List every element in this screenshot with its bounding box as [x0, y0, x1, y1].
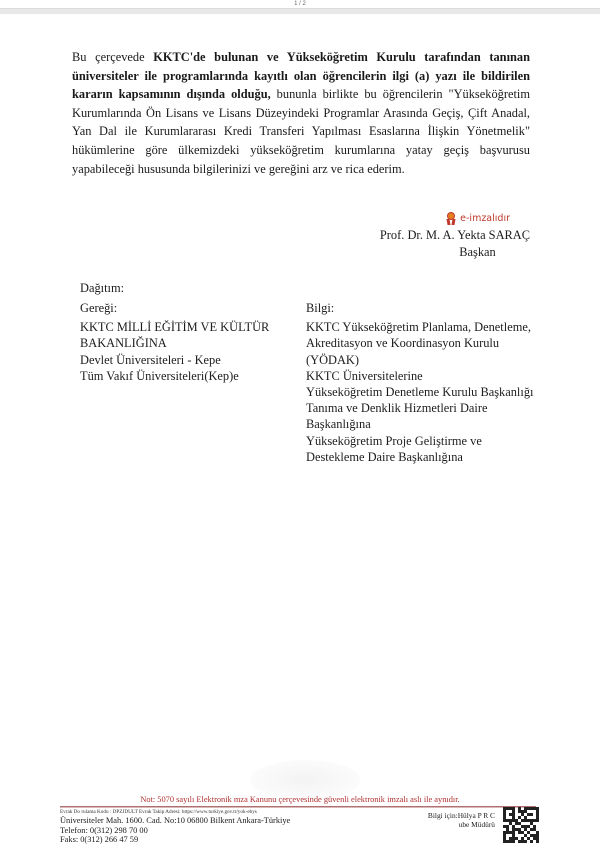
letter-body: Bu çerçevede KKTC'de bulunan ve Yükseköğ… [72, 48, 530, 178]
distribution-item: Devlet Üniversiteleri - Kepe [80, 352, 280, 368]
info-title: Bilgi: [306, 300, 546, 316]
distribution-item: Başkanlığına [306, 416, 546, 432]
footer-divider [60, 806, 536, 808]
distribution-info-column: Bilgi: KKTC Yükseköğretim Planlama, Dene… [306, 300, 546, 465]
body-text-segment: Bu çerçevede [72, 50, 153, 64]
distribution-action-column: Gereği: KKTC MİLLİ EĞİTİM VE KÜLTÜR BAKA… [80, 300, 280, 384]
signer-name: Prof. Dr. M. A. Yekta SARAÇ [370, 227, 530, 244]
e-signature-badge: e-imzalıdır [370, 212, 510, 225]
distribution-item: (YÖDAK) [306, 352, 546, 368]
distribution-item: Yükseköğretim Denetleme Kurulu Başkanlığ… [306, 384, 546, 400]
contact-person: Bilgi için:Hülya P R C [380, 811, 495, 820]
distribution-item: KKTC MİLLİ EĞİTİM VE KÜLTÜR [80, 319, 280, 335]
footer-fax: Faks: 0(312) 266 47 59 [60, 835, 360, 845]
footer-contact-info: Evrak Do rulama Kodu : DPZJDULT Evrak Ta… [60, 809, 360, 845]
contact-person-title: ube Müdürü [380, 820, 495, 829]
action-title: Gereği: [80, 300, 280, 316]
page-separator [0, 8, 600, 14]
distribution-item: Destekleme Daire Başkanlığına [306, 449, 546, 465]
doc-verification-code: Evrak Do rulama Kodu : DPZJDULT Evrak Ta… [60, 809, 360, 816]
footer-phone: Telefon: 0(312) 298 70 00 [60, 826, 360, 836]
signature-block: e-imzalıdır Prof. Dr. M. A. Yekta SARAÇ … [370, 212, 530, 261]
distribution-item: Akreditasyon ve Koordinasyon Kurulu [306, 335, 546, 351]
footer-e-signature-note: Not: 5070 sayılı Elektronik mza Kanunu ç… [60, 794, 540, 805]
distribution-item: Tüm Vakıf Üniversiteleri(Kep)e [80, 368, 280, 384]
footer-contact-person: Bilgi için:Hülya P R C ube Müdürü [380, 811, 495, 829]
footer-address: Üniversiteler Mah. 1600. Cad. No:10 0680… [60, 816, 360, 826]
distribution-item: KKTC Üniversitelerine [306, 368, 546, 384]
award-ribbon-icon [446, 212, 456, 225]
distribution-item: Tanıma ve Denklik Hizmetleri Daire [306, 400, 546, 416]
qr-code-icon [503, 807, 539, 843]
e-signature-label: e-imzalıdır [460, 213, 510, 224]
page-indicator: 1 / 2 [0, 0, 600, 8]
distribution-item: KKTC Yükseköğretim Planlama, Denetleme, [306, 319, 546, 335]
distribution-item: BAKANLIĞINA [80, 335, 280, 351]
distribution-heading: Dağıtım: [80, 281, 124, 296]
distribution-item: Yükseköğretim Proje Geliştirme ve [306, 433, 546, 449]
signer-title: Başkan [370, 244, 530, 261]
